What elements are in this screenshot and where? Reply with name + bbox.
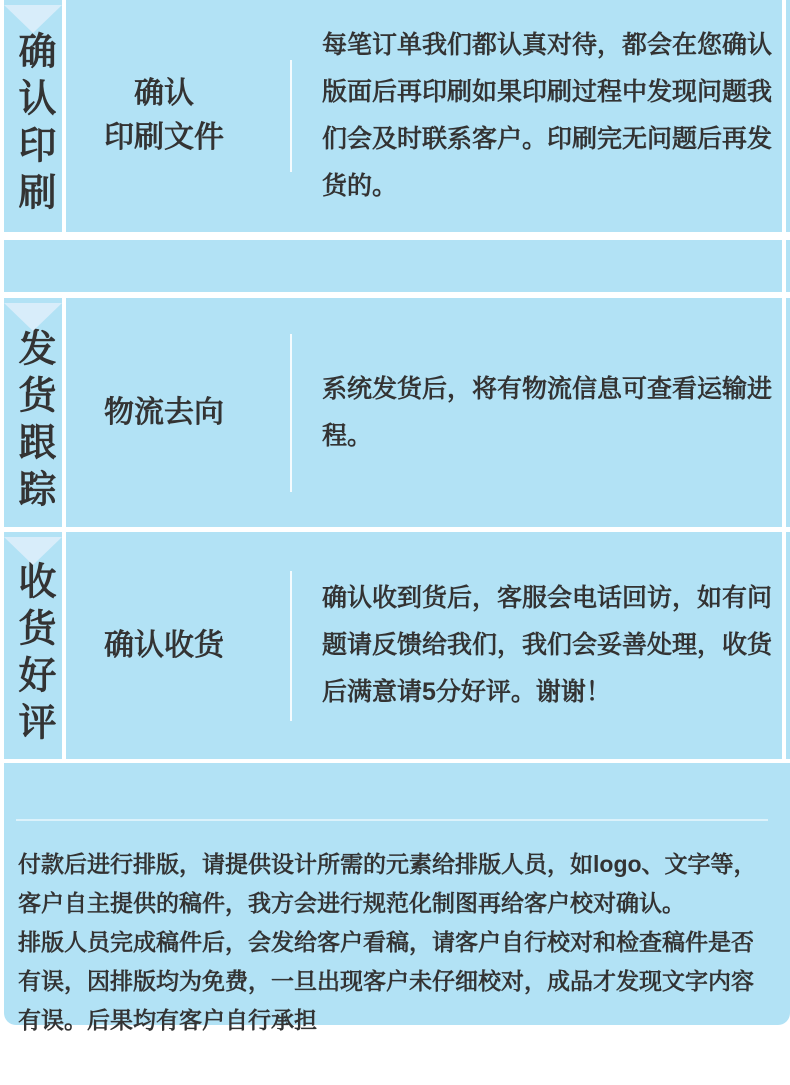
footer-divider-line — [16, 819, 768, 821]
spacer-band — [4, 240, 790, 292]
step-confirm-print: 确认印刷 确认 印刷文件 每笔订单我们都认真对待，都会在您确认版面后再印刷如果印… — [4, 0, 790, 232]
step-title-line: 确认收货 — [104, 624, 224, 668]
step-title-line: 确认 — [134, 72, 194, 116]
footer-paragraph-1: 付款后进行排版，请提供设计所需的元素给排版人员，如logo、文字等，客户自主提供… — [18, 845, 766, 923]
step-description-area: 每笔订单我们都认真对待，都会在您确认版面后再印刷如果印刷过程中发现问题我们会及时… — [292, 0, 790, 232]
footer-note-block: 付款后进行排版，请提供设计所需的元素给排版人员，如logo、文字等，客户自主提供… — [4, 763, 790, 1025]
step-description-area: 确认收到货后，客服会电话回访，如有问题请反馈给我们，我们会妥善处理，收货后满意请… — [292, 532, 790, 759]
step-description: 每笔订单我们都认真对待，都会在您确认版面后再印刷如果印刷过程中发现问题我们会及时… — [322, 22, 774, 210]
footer-paragraph-2: 排版人员完成稿件后，会发给客户看稿，请客户自行校对和检查稿件是否有误，因排版均为… — [18, 923, 766, 1040]
step-description-area: 系统发货后，将有物流信息可查看运输进程。 — [292, 298, 790, 527]
right-edge-divider — [782, 298, 786, 527]
step-title: 确认收货 — [52, 532, 276, 759]
right-edge-divider — [782, 532, 786, 759]
step-title-line: 印刷文件 — [104, 116, 224, 160]
page-root: 确认印刷 确认 印刷文件 每笔订单我们都认真对待，都会在您确认版面后再印刷如果印… — [0, 0, 790, 1025]
step-title: 确认 印刷文件 — [52, 0, 276, 232]
right-edge-divider — [782, 240, 786, 292]
step-receipt-review: 收货好评 确认收货 确认收到货后，客服会电话回访，如有问题请反馈给我们，我们会妥… — [4, 532, 790, 759]
step-title-line: 物流去向 — [104, 391, 224, 435]
step-description: 系统发货后，将有物流信息可查看运输进程。 — [322, 366, 774, 460]
right-edge-divider — [782, 0, 786, 232]
footer-note-text: 付款后进行排版，请提供设计所需的元素给排版人员，如logo、文字等，客户自主提供… — [18, 845, 766, 1040]
step-title: 物流去向 — [52, 298, 276, 527]
step-shipping-tracking: 发货跟踪 物流去向 系统发货后，将有物流信息可查看运输进程。 — [4, 298, 790, 527]
step-description: 确认收到货后，客服会电话回访，如有问题请反馈给我们，我们会妥善处理，收货后满意请… — [322, 575, 774, 716]
